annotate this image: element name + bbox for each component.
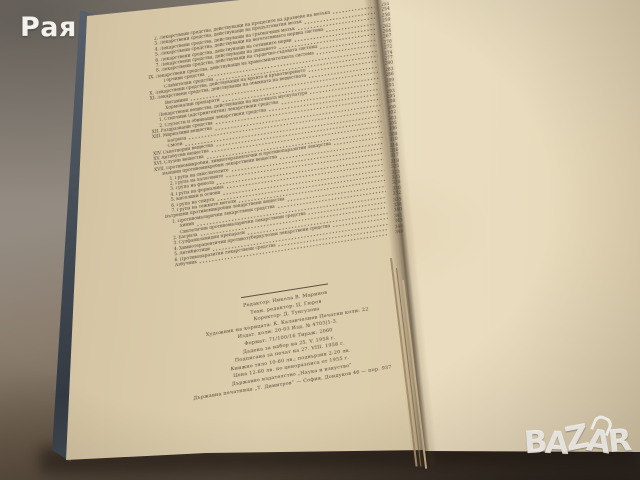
toc-item-number: XI.	[150, 97, 157, 103]
toc-item-number: IX.	[148, 75, 155, 81]
watermark-letter: B	[523, 427, 546, 458]
toc-item-number: 1.	[172, 219, 176, 225]
seller-name-label: Рая	[20, 12, 77, 43]
listing-photo: 2.Лекарствени средства, действуващи на п…	[0, 0, 640, 480]
watermark-letter: R	[606, 425, 629, 457]
watermark-letter: A	[584, 425, 609, 458]
bazar-watermark-icon: BAZAR	[524, 426, 629, 458]
table-of-contents: 2.Лекарствени средства, действуващи на п…	[146, 2, 404, 271]
